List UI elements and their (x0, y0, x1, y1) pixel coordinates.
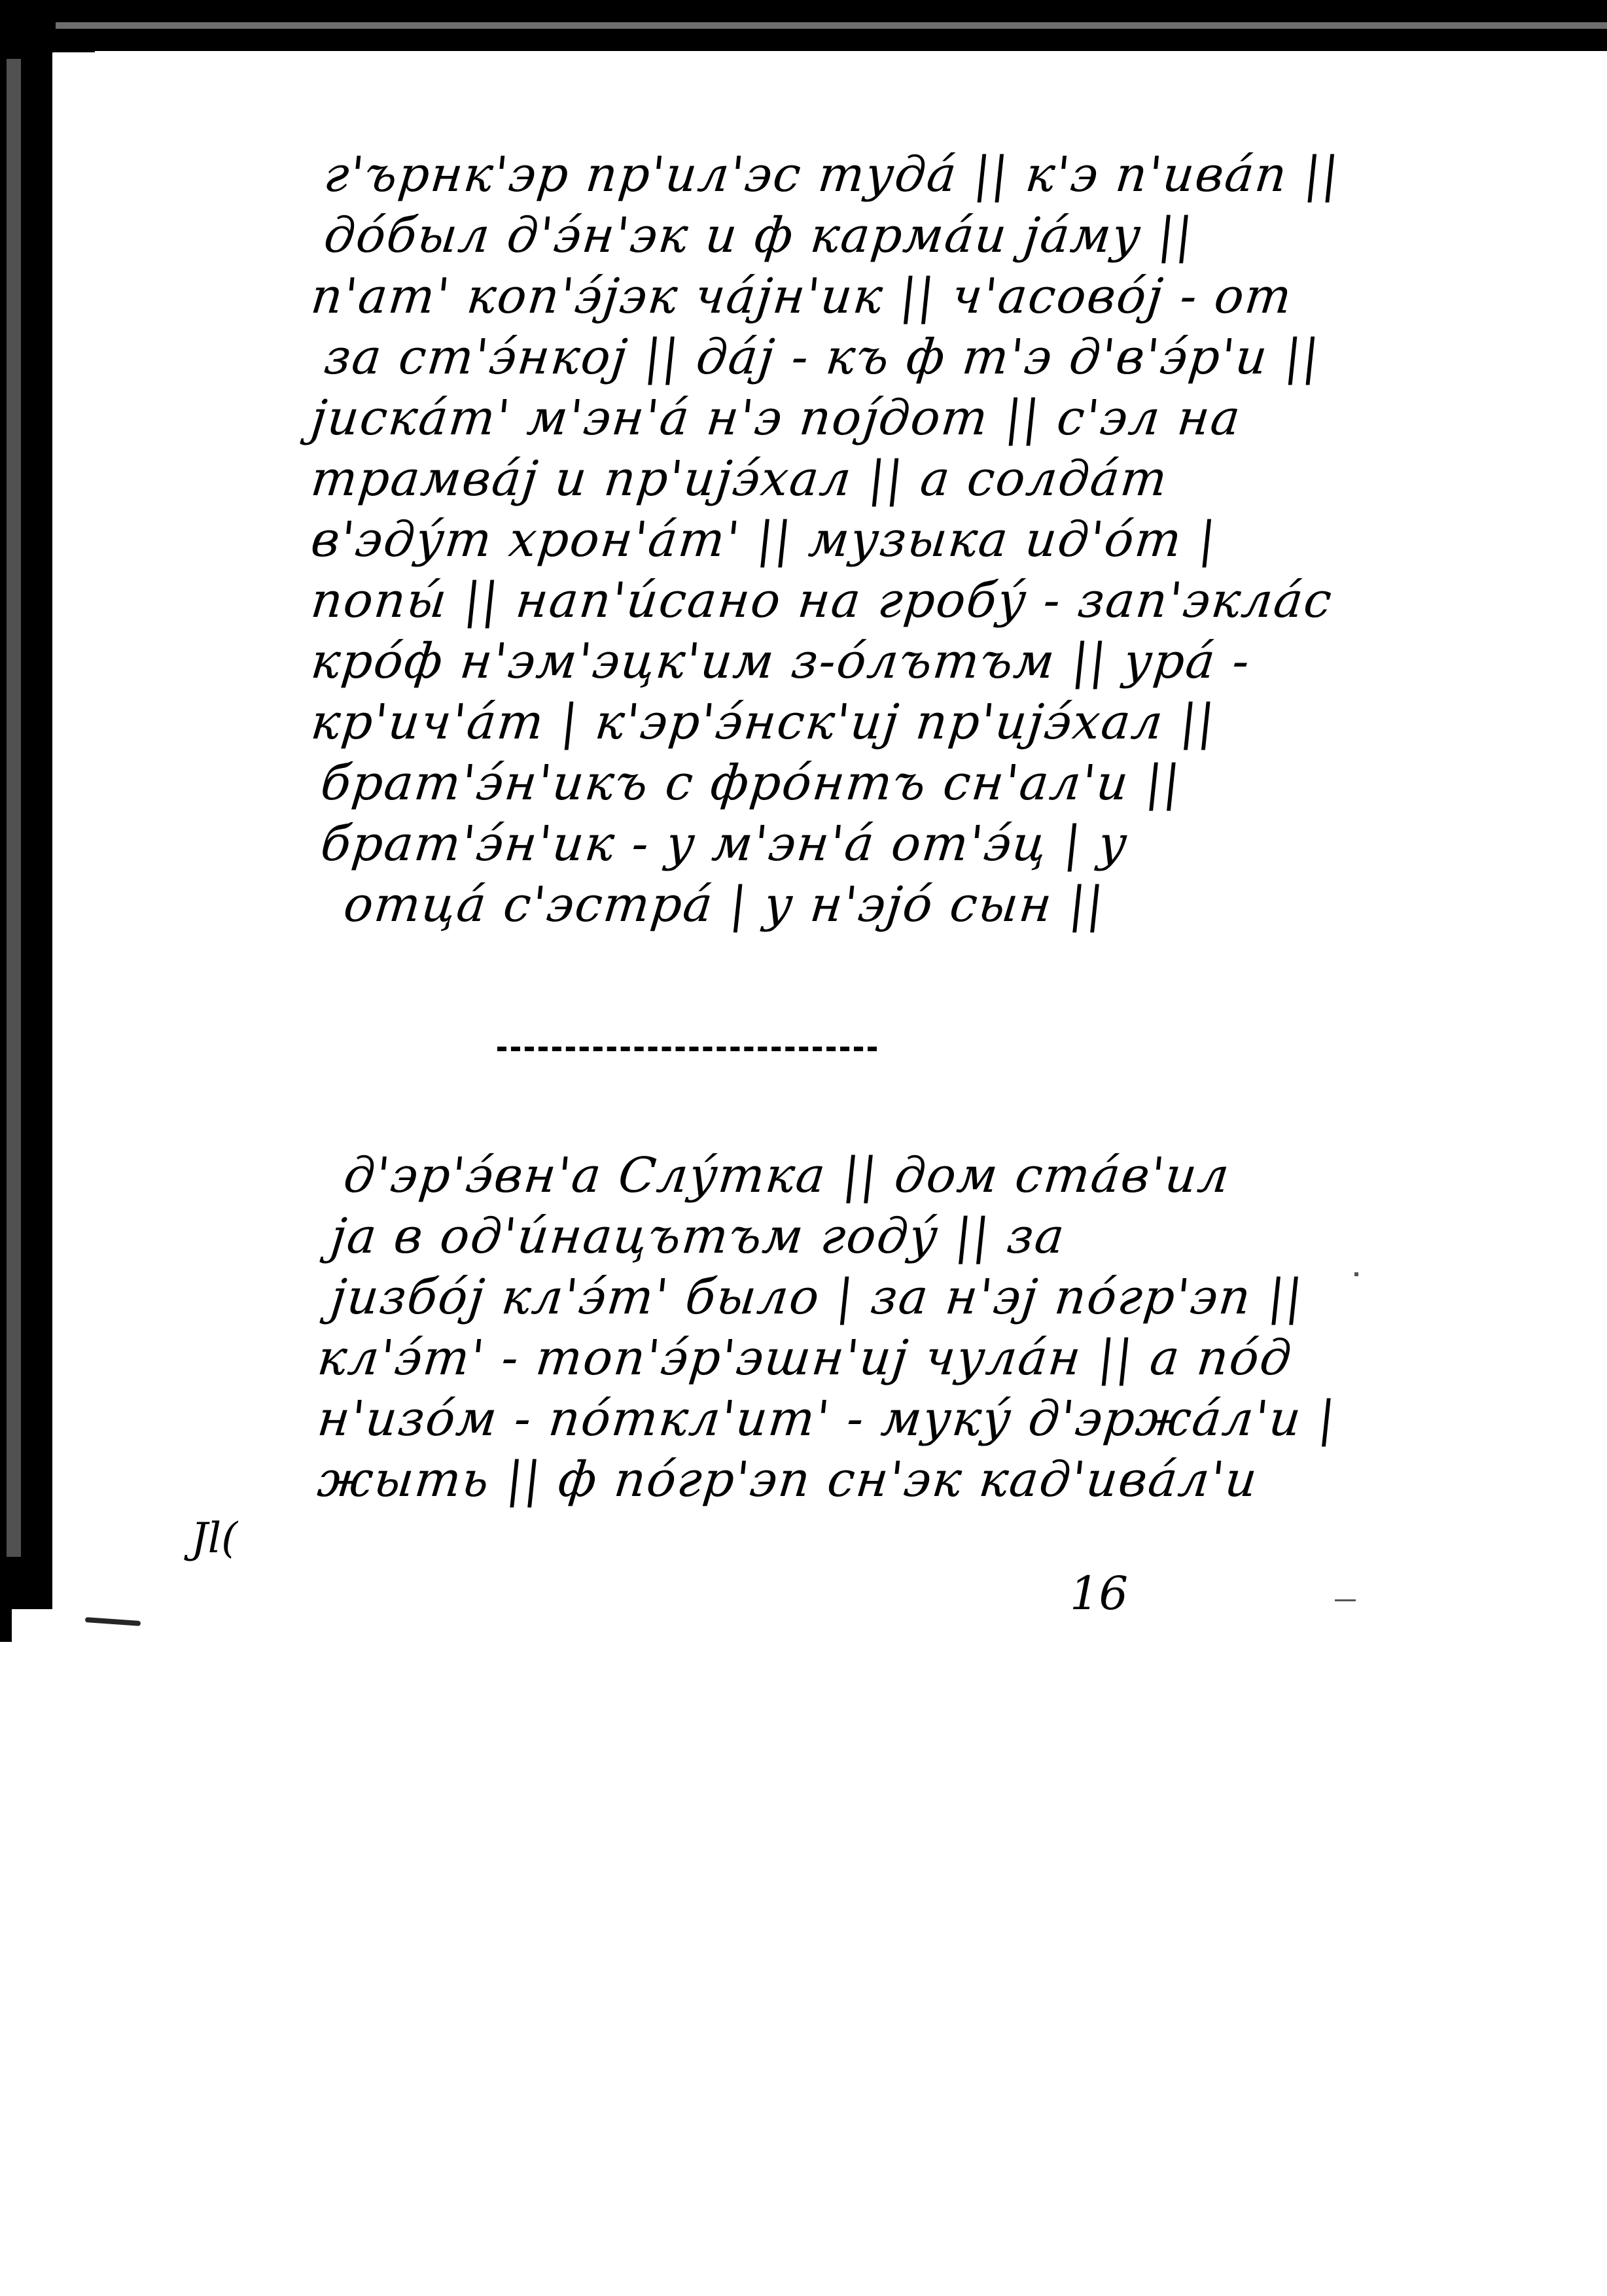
text-line: н'изо́м - по́ткл'ит' - муку́ д'эржа́л'и … (314, 1395, 1407, 1455)
text-line: кл'э́т' - топ'э́р'эшн'иј чула́н || а по́… (314, 1334, 1407, 1395)
paragraph-1: г'ърнк'эр пр'ил'эс туда́ || к'э п'ива́п … (308, 150, 1433, 941)
section-divider (497, 1047, 877, 1055)
text-line: п'ат' коп'э́јэк ча́јн'ик || ч'асово́ј - … (308, 272, 1439, 333)
text-line: трамва́ј и пр'иjэ́хал || а солда́т (308, 455, 1439, 515)
scan-dot (1354, 1272, 1358, 1276)
text-line: јиска́т' м'эн'а́ н'э пој́дот || с'эл на (308, 394, 1439, 455)
scan-mark (1335, 1599, 1356, 1601)
text-line: до́был д'э́н'эк и ф карма́и ја́му || (321, 211, 1439, 272)
text-line: г'ърнк'эр пр'ил'эс туда́ || к'э п'ива́п … (321, 150, 1439, 211)
text-line: ја в од'и́нацътъм году́ || за (327, 1212, 1407, 1273)
paragraph-2: д'эр'э́вн'а Слу́тка || дом ста́в'ил ја в… (340, 1151, 1400, 1516)
scan-border-top (16, 0, 1607, 51)
scan-border-foot (0, 1603, 12, 1642)
page-number: 16 (1070, 1567, 1128, 1620)
scan-border-corner (36, 46, 95, 92)
text-line: д'эр'э́вн'а Слу́тка || дом ста́в'ил (340, 1151, 1407, 1212)
text-line: кро́ф н'эм'эцк'им з-о́лътъм || ура́ - (308, 637, 1439, 698)
scan-smudge (85, 1617, 141, 1626)
text-line: јизбо́ј кл'э́т' было | за н'эј по́гр'эп … (327, 1273, 1407, 1334)
text-line: брат'э́н'ик - у м'эн'а́ от'э́ц | у (317, 820, 1439, 880)
margin-note: Jl( (191, 1514, 238, 1563)
text-line: отца́ с'эстра́ | у н'эjо́ сын || (340, 880, 1439, 941)
text-line: попы́ || нап'и́сано на гробу́ - зап'экла… (308, 576, 1439, 637)
text-line: в'эду́т хрон'а́т' || музыка ид'о́т | (308, 515, 1439, 576)
text-line: за ст'э́нкој || да́ј - къ ф т'э д'в'э́р'… (321, 333, 1439, 394)
text-line: жыть || ф по́гр'эп сн'эк кад'ива́л'и (314, 1455, 1407, 1516)
text-line: кр'ич'а́т | к'эр'э́нск'иј пр'иjэ́хал || (308, 698, 1439, 759)
scan-border-left (0, 0, 52, 1609)
text-line: брат'э́н'икъ с фро́нтъ сн'ал'и || (317, 759, 1439, 820)
